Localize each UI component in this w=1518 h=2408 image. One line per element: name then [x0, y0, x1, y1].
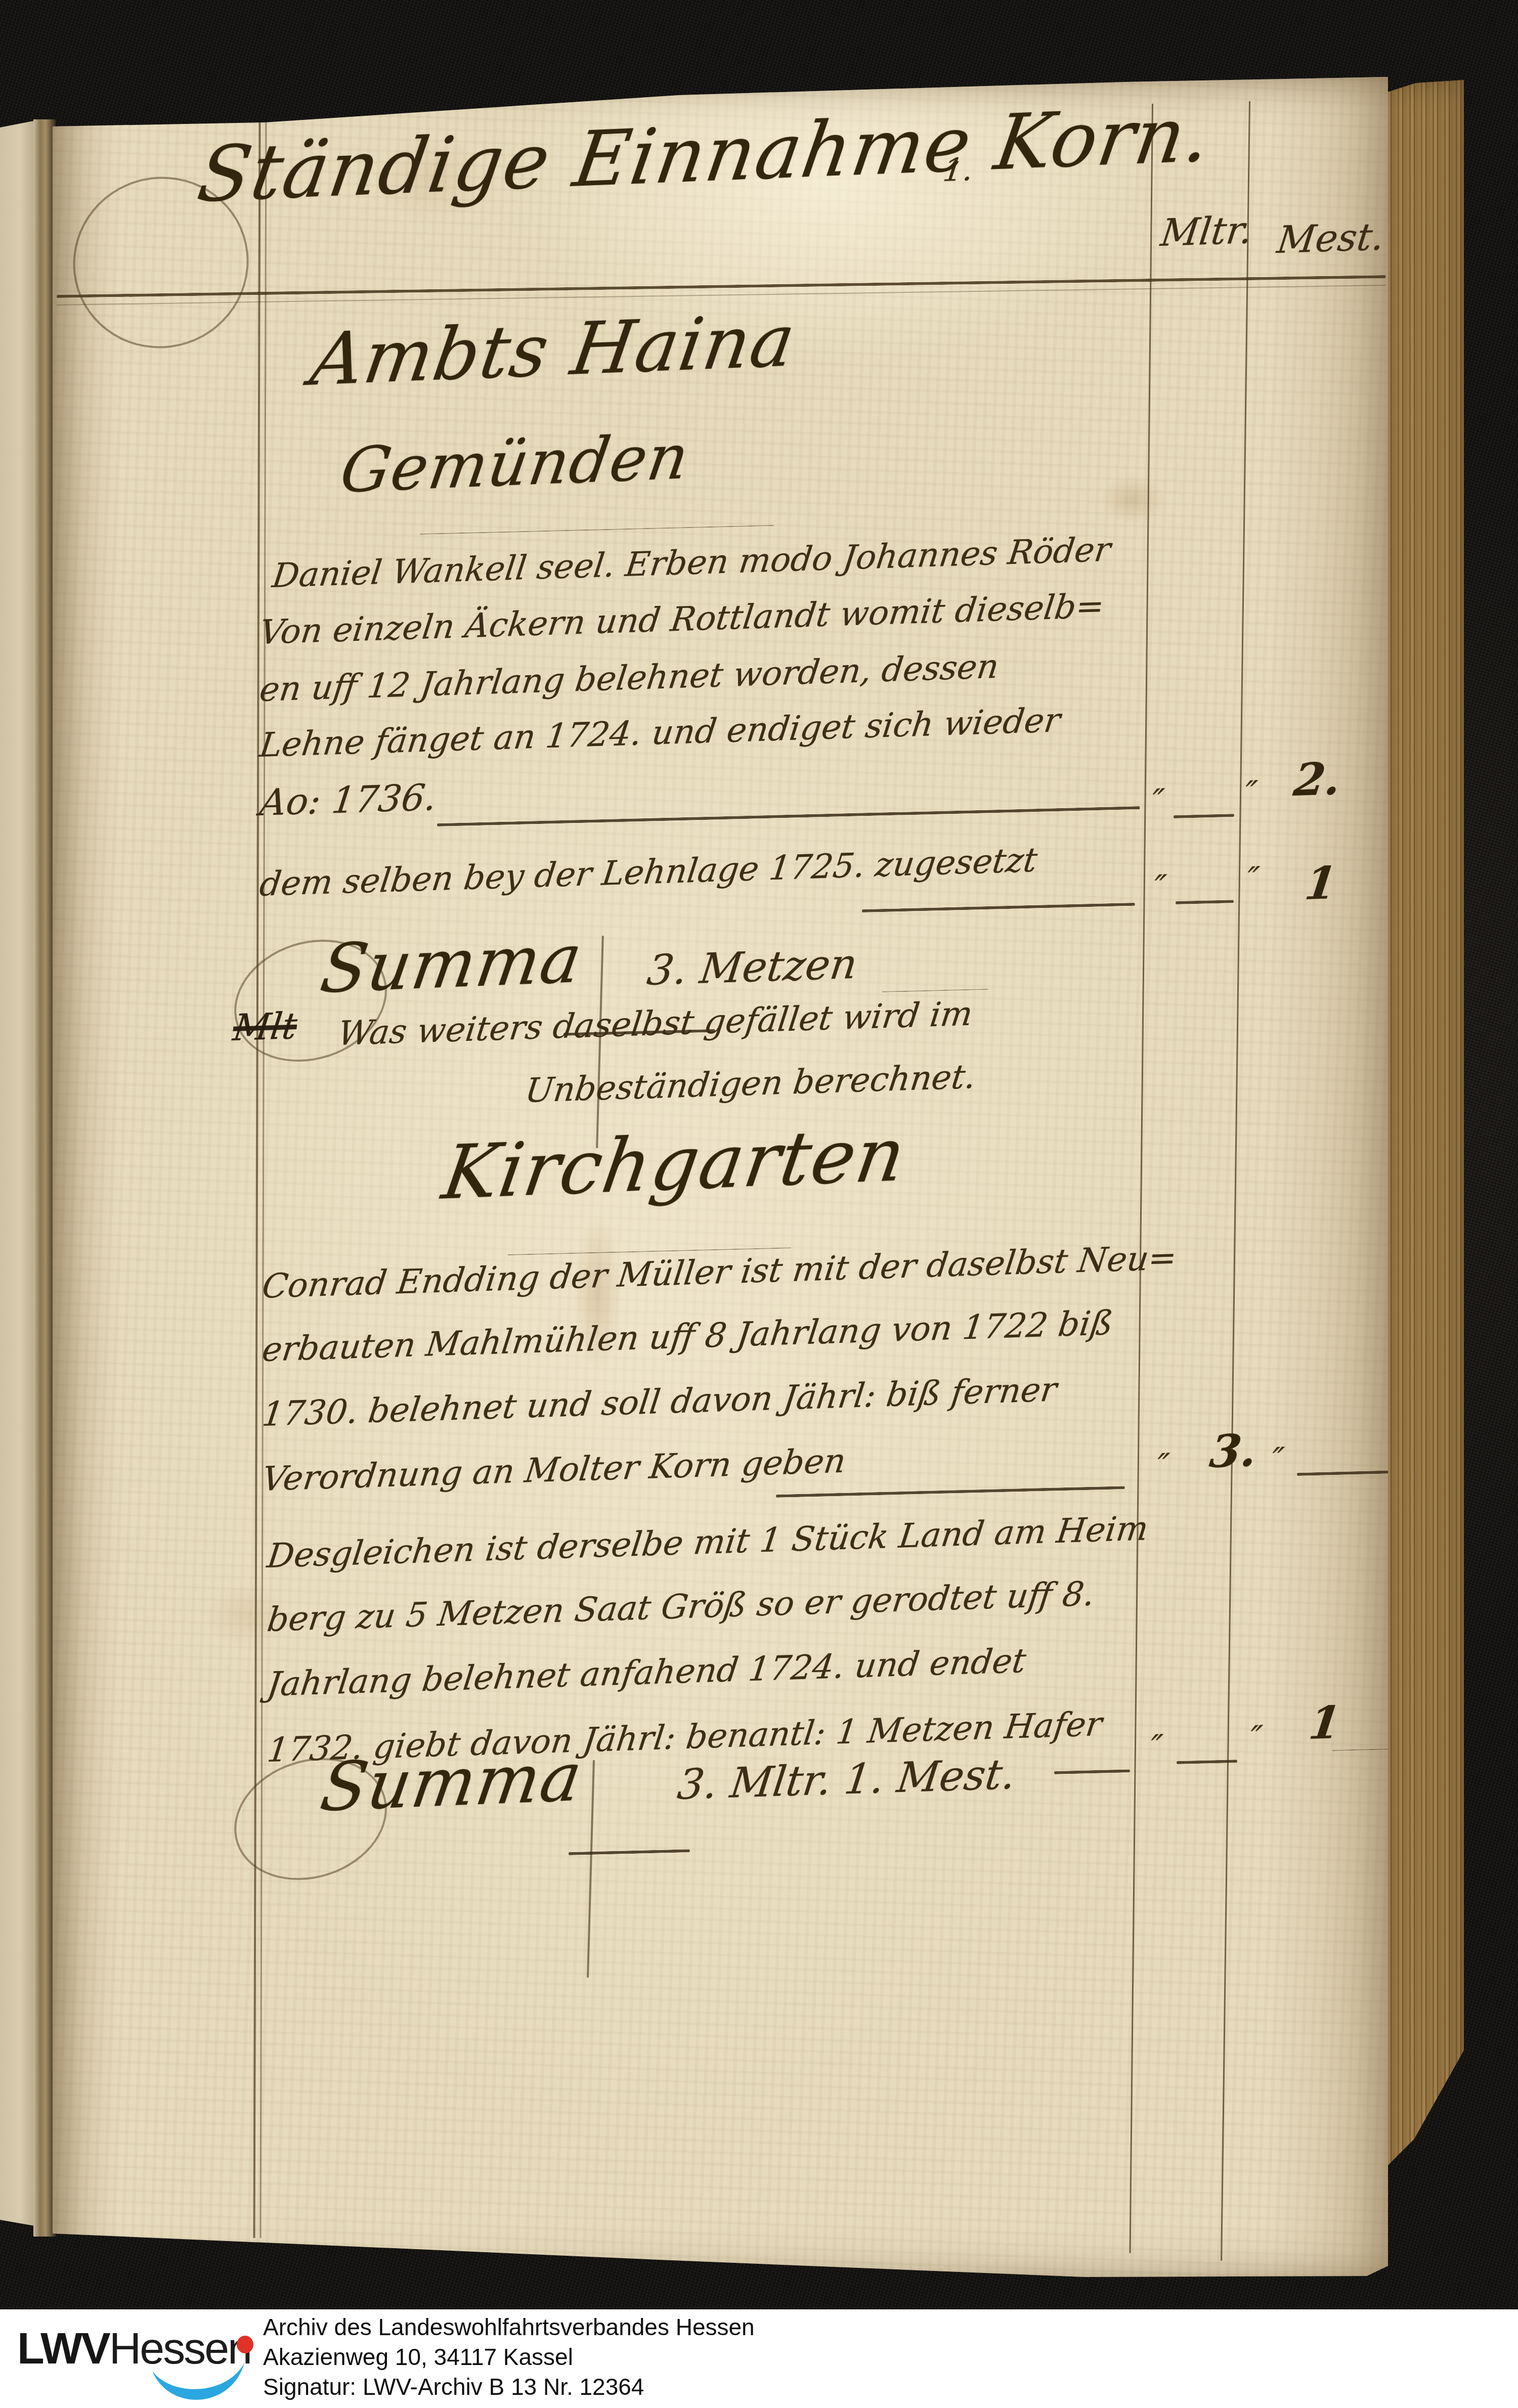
ditto-mark: ″ — [1269, 1441, 1286, 1479]
entry-line: dem selben bey der Lehnlage 1725. zugese… — [257, 840, 1039, 904]
ditto-mark: ″ — [1154, 1447, 1171, 1485]
ditto-mark: ″ — [1244, 860, 1261, 898]
ditto-mark: ″ — [1247, 1719, 1264, 1757]
column-header-mesten: Mest. — [1275, 215, 1387, 262]
ditto-mark: ″ — [1242, 774, 1259, 812]
leader-line — [437, 806, 1140, 826]
entry-line: Jahrlang belehnet anfahend 1724. und end… — [265, 1641, 1028, 1704]
value-mesten: 2. — [1291, 752, 1344, 806]
manuscript-page: 1. Ständige Einnahme Korn. Mltr. Mest. A… — [53, 76, 1388, 2282]
summa-label: Summa — [316, 920, 588, 1009]
foxing-spot — [1100, 475, 1165, 523]
logo-blue-swoosh-icon — [150, 2360, 247, 2406]
margin-note-struck: Mlt — [231, 1004, 299, 1049]
logo-text-lwv: LWV — [17, 2323, 109, 2374]
archive-name: Archiv des Landeswohlfahrtsverbandes Hes… — [263, 2315, 755, 2339]
summa-value: 3. Mltr. 1. Mest. — [675, 1750, 1018, 1809]
entry-line: Desgleichen ist derselbe mit 1 Stück Lan… — [265, 1509, 1150, 1575]
leader-line — [862, 903, 1135, 912]
ditto-mark: ″ — [1148, 1728, 1164, 1766]
leader-line — [776, 1486, 1125, 1498]
entry-line: en uff 12 Jahrlang belehnet worden, dess… — [257, 647, 1001, 709]
leader-line — [569, 1849, 690, 1855]
leader-line — [1054, 1769, 1130, 1774]
column-rule-mesten — [1221, 101, 1250, 2261]
ditto-mark: ″ — [1151, 868, 1168, 906]
leader-line — [1174, 814, 1234, 818]
entry-line: Lehne fänget an 1724. und endiget sich w… — [257, 700, 1063, 765]
entry-line: berg zu 5 Metzen Saat Größ so er gerodte… — [265, 1574, 1097, 1639]
column-rule-malter — [1129, 104, 1153, 2253]
section-subheading-gemuenden: Gemünden — [336, 420, 695, 507]
archive-address: Akazienweg 10, 34117 Kassel — [263, 2345, 573, 2369]
section-heading-haina: Ambts Haina — [306, 299, 801, 402]
summa-value: 3. Metzen — [644, 940, 860, 995]
value-mesten: 1 — [1302, 856, 1339, 910]
entry-line: Von einzeln Äckern und Rottlandt womit d… — [257, 586, 1106, 652]
ditto-mark: ″ — [1149, 782, 1166, 820]
flourish-underline — [420, 525, 774, 535]
flourish-underline — [882, 989, 988, 992]
archive-signature: Signatur: LWV-Archiv B 13 Nr. 12364 — [263, 2375, 644, 2398]
archive-footer: LWVHessen Archiv des Landeswohlfahrtsver… — [0, 2309, 1518, 2408]
summa-label: Summa — [316, 1738, 588, 1827]
value-malter: 3. — [1207, 1424, 1260, 1478]
entry-line: 1730. belehnet und soll davon Jährl: biß… — [260, 1370, 1059, 1434]
entry-line: Verordnung an Molter Korn geben — [260, 1441, 848, 1499]
facing-page-edge — [0, 120, 36, 2232]
entry-line: Ao: 1736. — [257, 776, 439, 824]
entry-line: Daniel Wankell seel. Erben modo Johannes… — [270, 530, 1113, 595]
archival-scan: 1. Ständige Einnahme Korn. Mltr. Mest. A… — [0, 0, 1518, 2408]
note-line: Unbeständigen berechnet. — [523, 1057, 978, 1110]
flourish-stroke — [587, 1760, 595, 1978]
leader-line — [1176, 900, 1234, 904]
margin-rule — [253, 116, 267, 2238]
column-header-malter: Mltr. — [1158, 208, 1255, 255]
entry-line: Conrad Endding der Müller ist mit der da… — [260, 1238, 1179, 1306]
binding-gutter-shadow — [33, 119, 56, 2237]
value-mesten: 1 — [1306, 1696, 1343, 1749]
entry-line: erbauten Mahlmühlen uff 8 Jahrlang von 1… — [260, 1303, 1115, 1369]
logo-red-dot-icon — [237, 2336, 253, 2353]
section-heading-kirchgarten: Kirchgarten — [437, 1111, 912, 1216]
